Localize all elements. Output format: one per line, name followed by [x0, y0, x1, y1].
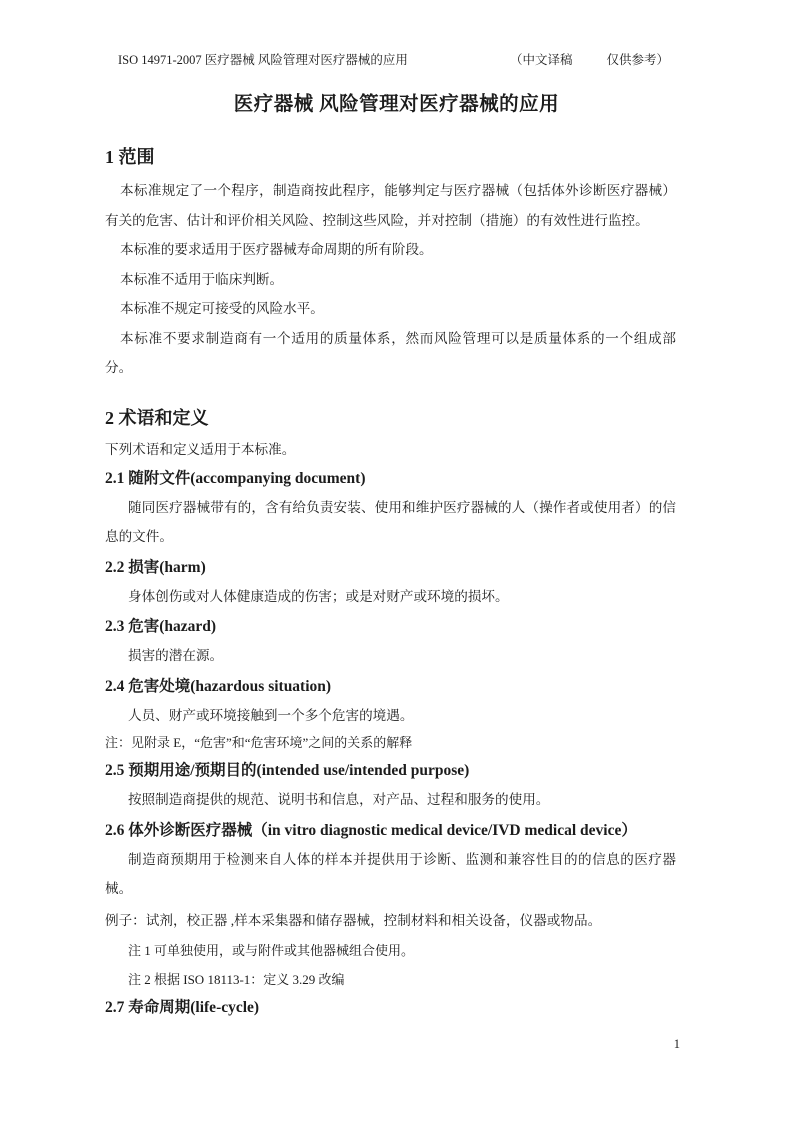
scope-paragraph: 本标准规定了一个程序，制造商按此程序，能够判定与医疗器械（包括体外诊断医疗器械）… [105, 176, 676, 235]
note-annex-e: 注：见附录 E，“危害”和“危害环境”之间的关系的解释 [105, 730, 676, 755]
definition-paragraph: 身体创伤或对人体健康造成的伤害；或是对财产或环境的损坏。 [105, 582, 676, 612]
document-body: 1 范围 本标准规定了一个程序，制造商按此程序，能够判定与医疗器械（包括体外诊断… [105, 0, 676, 1022]
scope-paragraph: 本标准不适用于临床判断。 [105, 265, 676, 295]
scope-paragraph: 本标准的要求适用于医疗器械寿命周期的所有阶段。 [105, 235, 676, 265]
heading-scope: 1 范围 [105, 144, 676, 170]
term-heading-hazard: 2.3 危害(hazard) [105, 613, 676, 641]
term-heading-harm: 2.2 损害(harm) [105, 554, 676, 582]
term-heading-life-cycle: 2.7 寿命周期(life-cycle) [105, 994, 676, 1022]
definition-paragraph: 随同医疗器械带有的，含有给负责安装、使用和维护医疗器械的人（操作者或使用者）的信… [105, 493, 676, 552]
document-page: ISO 14971-2007 医疗器械 风险管理对医疗器械的应用 （中文译稿 仅… [0, 0, 793, 1122]
definition-paragraph: 人员、财产或环境接触到一个多个危害的境遇。 [105, 701, 676, 731]
term-heading-hazardous-situation: 2.4 危害处境(hazardous situation) [105, 673, 676, 701]
definition-paragraph: 制造商预期用于检测来自人体的样本并提供用于诊断、监测和兼容性目的的信息的医疗器械… [105, 845, 676, 904]
note-2: 注 2 根据 ISO 18113-1：定义 3.29 改编 [105, 967, 676, 992]
page-number: 1 [674, 1036, 680, 1052]
definition-paragraph: 按照制造商提供的规范、说明书和信息，对产品、过程和服务的使用。 [105, 785, 676, 815]
terms-intro-paragraph: 下列术语和定义适用于本标准。 [105, 437, 676, 463]
term-heading-ivd-medical-device: 2.6 体外诊断医疗器械（in vitro diagnostic medical… [105, 817, 676, 845]
term-heading-intended-use: 2.5 预期用途/预期目的(intended use/intended purp… [105, 757, 676, 785]
scope-paragraph: 本标准不规定可接受的风险水平。 [105, 294, 676, 324]
definition-paragraph: 损害的潜在源。 [105, 641, 676, 671]
heading-terms-definitions: 2 术语和定义 [105, 405, 676, 431]
term-heading-accompanying-document: 2.1 随附文件(accompanying document) [105, 465, 676, 493]
example-paragraph: 例子：试剂，校正器 ,样本采集器和储存器械，控制材料和相关设备，仪器或物品。 [105, 908, 676, 934]
scope-paragraph: 本标准不要求制造商有一个适用的质量体系，然而风险管理可以是质量体系的一个组成部分… [105, 324, 676, 383]
note-1: 注 1 可单独使用，或与附件或其他器械组合使用。 [105, 938, 676, 963]
